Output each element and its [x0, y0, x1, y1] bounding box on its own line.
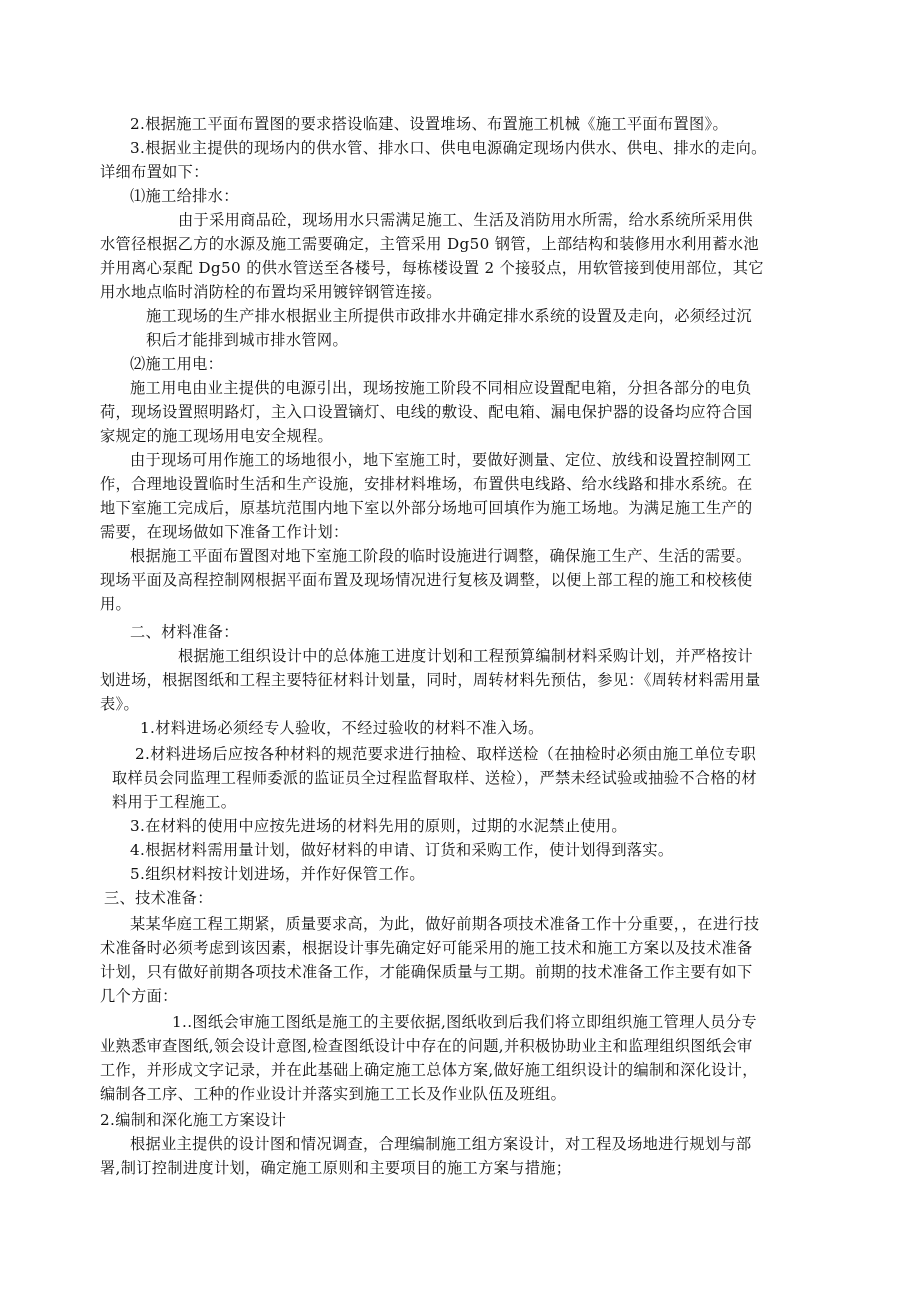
- text-line: 计划，只有做好前期各项技术准备工作，才能确保质量与工期。前期的技术准备工作主要有…: [100, 960, 753, 984]
- text-line: 由于现场可用作施工的场地很小，地下室施工时，要做好测量、定位、放线和设置控制网工: [130, 448, 752, 472]
- text-line: 某某华庭工程工期紧，质量要求高，为此，做好前期各项技术准备工作十分重要，，在进行…: [130, 912, 759, 936]
- text-line: 家规定的施工现场用电安全规程。: [100, 424, 333, 448]
- text-line: 需要，在现场做如下准备工作计划：: [100, 520, 349, 544]
- text-line: 料用于工程施工。: [112, 790, 236, 814]
- text-line: 根据施工平面布置图对地下室施工阶段的临时设施进行调整，确保施工生产、生活的需要。: [130, 544, 752, 568]
- text-line: 施工用电由业主提供的电源引出，现场按施工阶段不同相应设置配电箱，分担各部分的电负: [130, 376, 752, 400]
- text-line: 详细布置如下：: [100, 160, 209, 184]
- text-line: 署,制订控制进度计划，确定施工原则和主要项目的施工方案与措施；: [100, 1156, 571, 1180]
- text-line: 用水地点临时消防栓的布置均采用镀锌钢管连接。: [100, 280, 442, 304]
- text-line: 由于采用商品砼，现场用水只需满足施工、生活及消防用水所需，给水系统所采用供: [178, 208, 753, 232]
- text-line: 5.组织材料按计划进场，并作好保管工作。: [130, 862, 425, 886]
- text-line: 用。: [100, 592, 131, 616]
- text-line: 施工现场的生产排水根据业主所提供市政排水井确定排水系统的设置及走向，必须经过沉: [146, 304, 752, 328]
- text-line: 水管径根据乙方的水源及施工需要确定，主管采用 Dg50 钢管，上部结构和装修用水…: [100, 232, 759, 256]
- text-line: 表》。: [100, 692, 139, 716]
- text-line: 2.编制和深化施工方案设计: [100, 1108, 286, 1132]
- text-line: 2.材料进场后应按各种材料的规范要求进行抽检、取样送检（在抽检时必须由施工单位专…: [135, 742, 756, 766]
- text-line: 积后才能排到城市排水管网。: [146, 328, 348, 352]
- text-line: 划进场，根据图纸和工程主要特征材料计划量，同时，周转材料先预估，参见：《周转材料…: [100, 668, 761, 692]
- text-line: 4.根据材料需用量计划，做好材料的申请、订货和采购工作，使计划得到落实。: [130, 838, 673, 862]
- text-line: ⑵施工用电：: [130, 352, 223, 376]
- text-line: 三、技术准备：: [104, 886, 213, 910]
- text-line: 编制各工序、工种的作业设计并落实到施工工长及作业队伍及班组。: [100, 1082, 566, 1106]
- text-line: 1..图纸会审施工图纸是施工的主要依据,图纸收到后我们将立即组织施工管理人员分专: [172, 1010, 757, 1034]
- text-line: 3.在材料的使用中应按先进场的材料先用的原则，过期的水泥禁止使用。: [130, 814, 627, 838]
- text-line: 几个方面：: [100, 984, 178, 1008]
- text-line: ⑴施工给排水：: [130, 184, 239, 208]
- text-line: 并用离心泵配 Dg50 的供水管送至各楼号，每栋楼设置 2 个接驳点，用软管接到…: [100, 256, 764, 280]
- text-line: 作，合理地设置临时生活和生产设施，安排材料堆场，布置供电线路、给水线路和排水系统…: [100, 472, 753, 496]
- text-line: 取样员会同监理工程师委派的监证员全过程监督取样、送检），严禁未经试验或抽验不合格…: [112, 766, 757, 790]
- text-line: 术准备时必须考虑到该因素，根据设计事先确定好可能采用的施工技术和施工方案以及技术…: [100, 936, 753, 960]
- text-line: 1.材料进场必须经专人验收，不经过验收的材料不准入场。: [140, 716, 544, 740]
- text-line: 根据施工组织设计中的总体施工进度计划和工程预算编制材料采购计划，并严格按计: [178, 644, 753, 668]
- text-line: 业熟悉审查图纸,领会设计意图,检查图纸设计中存在的问题,并积极协助业主和监理组织…: [100, 1034, 753, 1058]
- text-line: 地下室施工完成后，原基坑范围内地下室以外部分场地可回填作为施工场地。为满足施工生…: [100, 496, 753, 520]
- text-line: 现场平面及高程控制网根据平面布置及现场情况进行复核及调整，以便上部工程的施工和校…: [100, 568, 753, 592]
- text-line: 3.根据业主提供的现场内的供水管、排水口、供电电源确定现场内供水、供电、排水的走…: [130, 136, 767, 160]
- text-line: 二、材料准备：: [130, 620, 239, 644]
- text-line: 根据业主提供的设计图和情况调查，合理编制施工组方案设计，对工程及场地进行规划与部: [130, 1132, 752, 1156]
- text-line: 荷，现场设置照明路灯，主入口设置镝灯、电线的敷设、配电箱、漏电保护器的设备均应符…: [100, 400, 753, 424]
- text-line: 2.根据施工平面布置图的要求搭设临建、设置堆场、布置施工机械《施工平面布置图》。: [130, 112, 728, 136]
- text-line: 工作，并形成文字记录，并在此基础上确定施工总体方案,做好施工组织设计的编制和深化…: [100, 1058, 758, 1082]
